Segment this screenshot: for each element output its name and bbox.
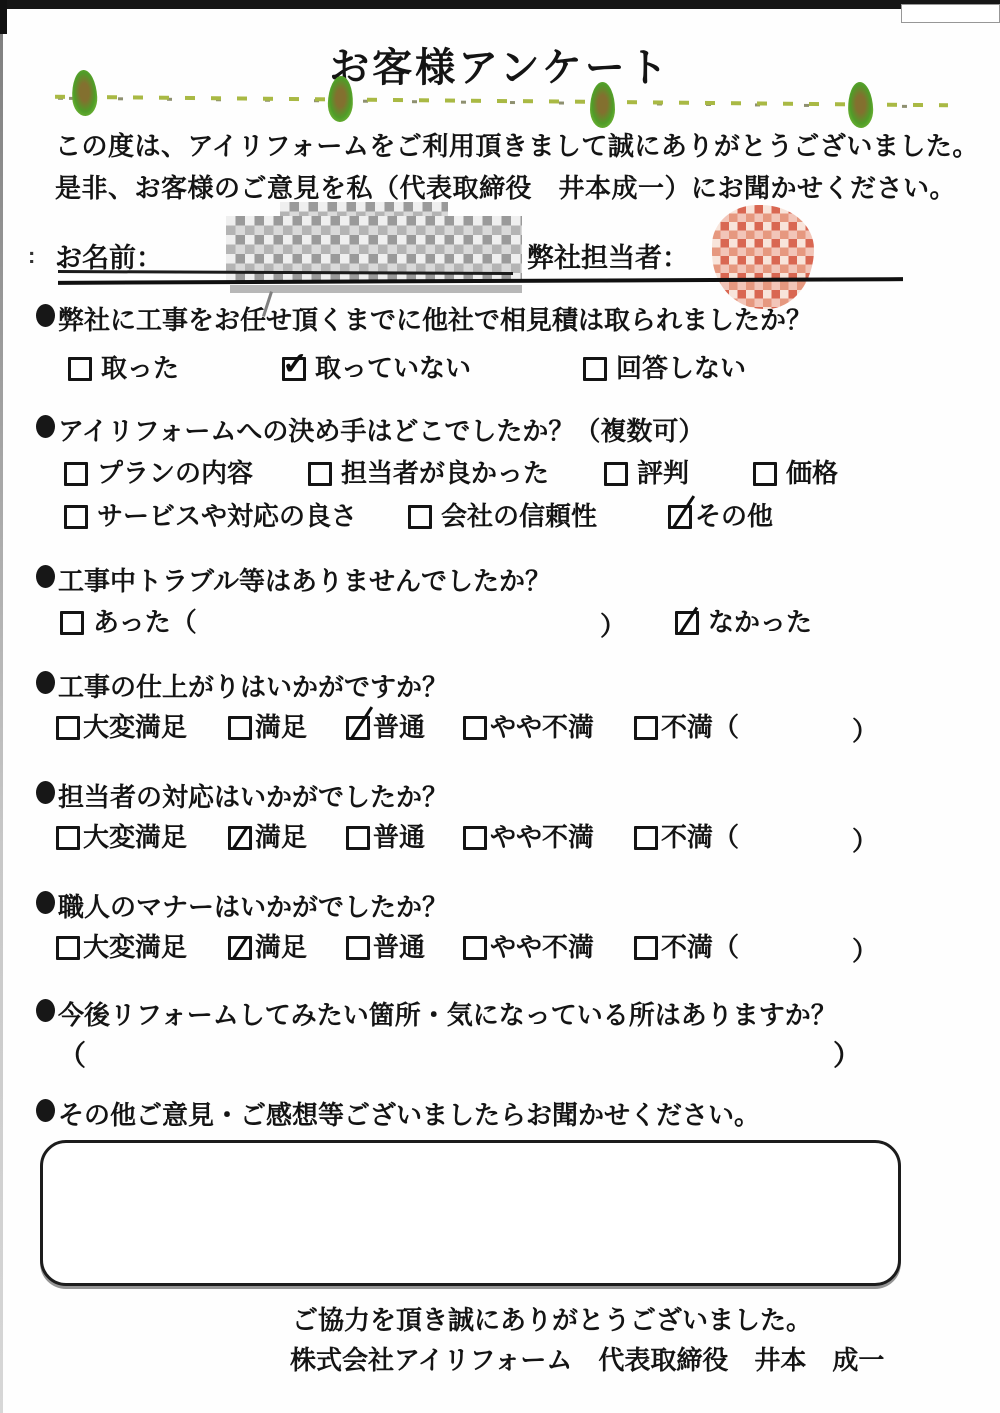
option-label: 評判	[637, 457, 689, 489]
checkbox-q5-futsuu[interactable]	[346, 826, 370, 850]
question-3-text: 工事中トラブル等はありませんでしたか？	[58, 561, 551, 598]
option-label: やや不満	[490, 711, 594, 743]
question-6-options: 大変満足 満足 普通 やや不満 不満（ ）	[0, 931, 1000, 967]
bullet-icon	[36, 304, 55, 327]
option-hyoban: 評判	[604, 457, 689, 489]
staff-hanko-stamp-redacted-mosaic	[712, 205, 814, 309]
scan-artifact-graybar	[230, 285, 522, 293]
checkbox-q5-manzoku-checked[interactable]	[228, 826, 252, 850]
question-6-text: 職人のマナーはいかがでしたか？	[58, 887, 448, 924]
option-q4-futsuu: 普通	[346, 711, 425, 743]
option-label: 不満（	[661, 711, 739, 743]
question-3-options: あった（ ） なかった	[0, 606, 1000, 642]
question-6-title: 職人のマナーはいかがでしたか？	[36, 887, 448, 924]
option-label: その他	[695, 500, 773, 532]
checkbox-q6-manzoku-checked[interactable]	[228, 936, 252, 960]
option-label: 不満（	[661, 821, 739, 853]
option-plan: プランの内容	[64, 457, 253, 489]
checkbox-q6-futsuu[interactable]	[346, 936, 370, 960]
option-q5-manzoku: 満足	[228, 821, 307, 853]
checkbox-q4-futsuu-checked[interactable]	[346, 716, 370, 740]
checkbox-q6-yaya-fuman[interactable]	[463, 936, 487, 960]
option-label: 担当者が良かった	[341, 457, 549, 489]
q7-paren-close: ）	[833, 1034, 861, 1074]
intro-line-1: この度は、アイリフォームをご利用頂きまして誠にありがとうございました。	[55, 126, 979, 163]
option-label: 取った	[101, 352, 179, 384]
staff-label: 弊社担当者：	[527, 236, 689, 275]
q3-atta-write-in-area[interactable]	[215, 606, 595, 642]
checkbox-tantosha[interactable]	[308, 462, 332, 486]
option-q6-futsuu: 普通	[346, 931, 425, 963]
checkbox-sonota-checked[interactable]	[668, 505, 692, 529]
option-service: サービスや対応の良さ	[64, 500, 357, 532]
checkbox-totteinai-checked[interactable]	[282, 357, 306, 381]
option-q5-fuman: 不満（	[634, 821, 739, 853]
question-4-text: 工事の仕上がりはいかがですか？	[58, 667, 448, 704]
option-sonota: その他	[668, 500, 773, 532]
option-label: サービスや対応の良さ	[97, 500, 357, 532]
dotted-divider	[55, 95, 948, 110]
checkbox-q4-fuman[interactable]	[634, 716, 658, 740]
checkbox-q6-fuman[interactable]	[634, 936, 658, 960]
checkbox-shinraisei[interactable]	[408, 505, 432, 529]
option-shinraisei: 会社の信頼性	[408, 500, 597, 532]
option-totteinai: 取っていない	[282, 352, 471, 384]
question-2-options-row2: サービスや対応の良さ 会社の信頼性 その他	[0, 500, 1000, 536]
question-7-text: 今後リフォームしてみたい箇所・気になっている所はありますか？	[58, 995, 837, 1032]
scan-artifact-top-bar	[0, 0, 1000, 9]
option-label: 価格	[786, 457, 838, 489]
option-atta: あった（	[60, 606, 197, 638]
option-label: 普通	[373, 931, 425, 963]
option-q6-fuman: 不満（	[634, 931, 739, 963]
intro-line-2: 是非、お客様のご意見を私（代表取締役 井本成一）にお聞かせください。	[55, 168, 956, 205]
q3-paren-close: ）	[600, 606, 626, 643]
option-q5-yaya-fuman: やや不満	[463, 821, 594, 853]
option-q5-taihen-manzoku: 大変満足	[56, 821, 187, 853]
q5-paren-close: ）	[852, 821, 878, 858]
bullet-icon	[36, 671, 55, 694]
question-7-title: 今後リフォームしてみたい箇所・気になっている所はありますか？	[36, 995, 837, 1032]
option-label: 大変満足	[83, 711, 187, 743]
bullet-icon	[36, 781, 55, 804]
option-label: 会社の信頼性	[441, 500, 597, 532]
checkbox-nakatta-checked[interactable]	[675, 611, 699, 635]
checkbox-hyoban[interactable]	[604, 462, 628, 486]
question-2-text: アイリフォームへの決め手はどこでしたか？（複数可）	[58, 411, 704, 448]
checkbox-q5-fuman[interactable]	[634, 826, 658, 850]
q4-paren-close: ）	[852, 711, 878, 748]
option-label: 大変満足	[83, 821, 187, 853]
checkbox-q4-yaya-fuman[interactable]	[463, 716, 487, 740]
checkbox-atta[interactable]	[60, 611, 84, 635]
checkbox-service[interactable]	[64, 505, 88, 529]
q7-answer-area[interactable]	[95, 1034, 825, 1074]
option-label: なかった	[708, 606, 812, 638]
question-5-text: 担当者の対応はいかがでしたか？	[58, 777, 448, 814]
bullet-icon	[36, 999, 55, 1022]
option-label: あった（	[93, 606, 197, 638]
bullet-icon	[36, 415, 55, 438]
option-label: やや不満	[490, 931, 594, 963]
footer-company: 株式会社アイリフォーム 代表取締役 井本 成一	[290, 1340, 884, 1377]
option-totta: 取った	[68, 352, 179, 384]
option-label: 満足	[255, 821, 307, 853]
checkbox-q5-taihen-manzoku[interactable]	[56, 826, 80, 850]
scan-artifact-corner	[0, 0, 7, 34]
option-label: 普通	[373, 711, 425, 743]
option-label: 満足	[255, 931, 307, 963]
option-label: 不満（	[661, 931, 739, 963]
option-label: プランの内容	[97, 457, 253, 489]
option-q4-manzoku: 満足	[228, 711, 307, 743]
option-kaitoshinai: 回答しない	[583, 352, 746, 384]
footer-thanks: ご協力を頂き誠にありがとうございました。	[292, 1300, 812, 1337]
checkbox-kaitoshinai[interactable]	[583, 357, 607, 381]
option-q5-futsuu: 普通	[346, 821, 425, 853]
option-kakaku: 価格	[753, 457, 838, 489]
option-nakatta: なかった	[675, 606, 812, 638]
question-1-options: 取った 取っていない 回答しない	[0, 352, 1000, 388]
option-q6-manzoku: 満足	[228, 931, 307, 963]
question-1-text: 弊社に工事をお任せ頂くまでに他社で相見積は取られましたか？	[58, 300, 812, 337]
survey-page: お客様アンケート この度は、アイリフォームをご利用頂きまして誠にありがとうござい…	[0, 0, 1000, 1413]
q6-paren-close: ）	[852, 931, 878, 968]
leaf-icon	[590, 82, 615, 128]
question-4-title: 工事の仕上がりはいかがですか？	[36, 667, 448, 704]
option-label: 満足	[255, 711, 307, 743]
bullet-icon	[36, 1099, 55, 1122]
question-2-title: アイリフォームへの決め手はどこでしたか？（複数可）	[36, 411, 704, 448]
checkbox-plan[interactable]	[64, 462, 88, 486]
checkbox-totta[interactable]	[68, 357, 92, 381]
checkbox-q4-taihen-manzoku[interactable]	[56, 716, 80, 740]
checkbox-q6-taihen-manzoku[interactable]	[56, 936, 80, 960]
checkbox-q5-yaya-fuman[interactable]	[463, 826, 487, 850]
question-3-title: 工事中トラブル等はありませんでしたか？	[36, 561, 551, 598]
option-label: 回答しない	[616, 352, 746, 384]
bullet-icon	[36, 565, 55, 588]
question-5-title: 担当者の対応はいかがでしたか？	[36, 777, 448, 814]
option-q6-taihen-manzoku: 大変満足	[56, 931, 187, 963]
option-label: 大変満足	[83, 931, 187, 963]
option-label: 取っていない	[315, 352, 471, 384]
question-2-options-row1: プランの内容 担当者が良かった 評判 価格	[0, 457, 1000, 493]
option-q4-taihen-manzoku: 大変満足	[56, 711, 187, 743]
option-q6-yaya-fuman: やや不満	[463, 931, 594, 963]
scan-artifact-left-edge	[0, 0, 3, 1413]
option-label: 普通	[373, 821, 425, 853]
comment-box[interactable]	[40, 1140, 901, 1286]
q7-paren-open: （	[58, 1034, 86, 1074]
checkbox-q4-manzoku[interactable]	[228, 716, 252, 740]
option-label: やや不満	[490, 821, 594, 853]
checkbox-kakaku[interactable]	[753, 462, 777, 486]
option-q4-yaya-fuman: やや不満	[463, 711, 594, 743]
option-q4-fuman: 不満（	[634, 711, 739, 743]
page-title: お客様アンケート	[0, 36, 1000, 93]
question-1-title: 弊社に工事をお任せ頂くまでに他社で相見積は取られましたか？	[36, 300, 812, 337]
question-8-title: その他ご意見・ご感想等ございましたらお聞かせください。	[36, 1095, 760, 1132]
question-8-text: その他ご意見・ご感想等ございましたらお聞かせください。	[58, 1095, 760, 1132]
bullet-icon	[36, 891, 55, 914]
option-tantosha: 担当者が良かった	[308, 457, 549, 489]
question-4-options: 大変満足 満足 普通 やや不満 不満（ ）	[0, 711, 1000, 747]
scan-artifact-top-notch	[901, 4, 1000, 23]
scan-artifact-colon: :	[28, 243, 35, 269]
question-5-options: 大変満足 満足 普通 やや不満 不満（ ）	[0, 821, 1000, 857]
